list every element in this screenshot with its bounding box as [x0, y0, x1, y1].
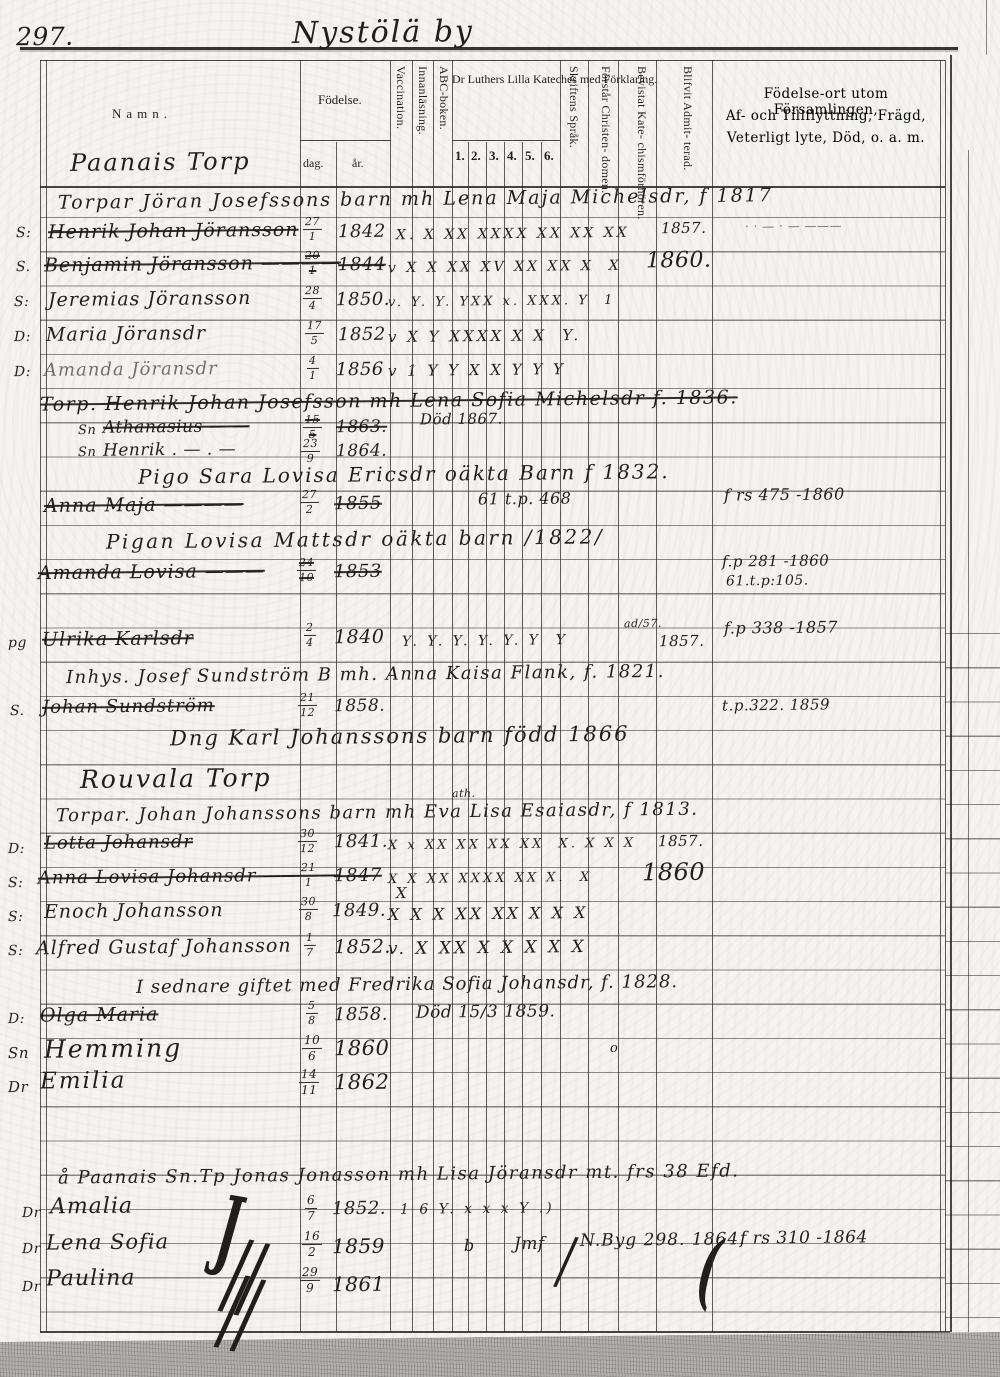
handwritten-entry: 1857.	[659, 634, 705, 649]
handwritten-entry: Johan Sundström	[42, 697, 215, 717]
grid-vline	[390, 60, 391, 1332]
handwritten-entry: Benjamin Jöransson ————	[44, 253, 341, 275]
handwritten-entry: Ulrika Karlsdr	[42, 629, 194, 650]
handwritten-entry: 17	[304, 932, 316, 958]
handwritten-entry: 1857.	[658, 834, 704, 849]
handwritten-entry: 239	[301, 438, 320, 464]
handwritten-entry: 1852.	[334, 938, 391, 958]
handwritten-entry: 1856	[336, 361, 384, 379]
handwritten-entry: 61.t.p:105.	[726, 574, 809, 589]
handwritten-entry: Emilia	[40, 1070, 127, 1094]
handwritten-entry: 106	[302, 1034, 323, 1062]
handwritten-entry: X X XX XXXX XX X. X	[388, 871, 592, 886]
handwritten-entry: I sednare giftet med Fredrika Sofia Joha…	[136, 973, 678, 997]
handwritten-entry: 211	[299, 862, 318, 888]
handwritten-entry: 24	[304, 622, 316, 648]
handwritten-entry: Amalia	[50, 1196, 133, 1219]
handwritten-entry: 1850.	[336, 291, 390, 310]
handwritten-entry: Lotta Johansdr	[44, 833, 193, 853]
grid-vline	[452, 60, 453, 1332]
handwritten-entry: Torp. Henrik Johan Josefsson mh Lena Sof…	[40, 388, 738, 414]
page-title: Nystölä by	[292, 17, 474, 49]
handwritten-entry: Hemming	[44, 1035, 182, 1061]
handwritten-entry: v 1 Y Y X X Y Y Y	[388, 362, 566, 379]
section-heading: Rouvala Torp	[80, 765, 272, 792]
handwritten-entry: v X Y XXXX X X Y.	[388, 328, 581, 345]
handwritten-entry: f rs 310 -1864	[740, 1229, 868, 1247]
grid-vline	[336, 142, 337, 1332]
handwritten-entry: Dr	[8, 1080, 28, 1095]
grid-vline	[40, 60, 41, 1332]
grid-vline	[46, 60, 47, 1332]
grid-vline	[522, 142, 523, 1332]
handwritten-entry: S.	[10, 704, 25, 718]
handwritten-entry: Dr	[22, 1206, 41, 1220]
handwritten-entry: S:	[8, 876, 23, 890]
grid-vline	[560, 60, 561, 1332]
handwritten-entry: v. Y. Y. YXX x. XXX. Y 1	[388, 294, 616, 309]
handwritten-entry: X x XX XX XX XX X. X X X	[388, 837, 636, 853]
handwritten-entry: Torpar Jöran Josefssons barn mh Lena Maj…	[58, 186, 773, 212]
handwritten-entry: 1858.	[334, 698, 385, 716]
handwritten-entry: t.p.322. 1859	[722, 697, 830, 713]
handwritten-entry: 1860	[642, 860, 705, 885]
handwritten-entry: Dr	[22, 1280, 41, 1294]
handwritten-entry: 1857.	[661, 221, 707, 236]
handwritten-entry: 201	[303, 250, 322, 276]
handwritten-entry: Sn	[8, 1046, 29, 1061]
grid-vline	[504, 142, 505, 1332]
handwritten-entry: 1852	[338, 326, 386, 344]
handwritten-entry: 61 t.p. 468	[478, 491, 572, 508]
handwritten-entry: Sn	[78, 446, 96, 459]
handwritten-entry: Paulina	[46, 1268, 136, 1291]
handwritten-entry: 1847	[334, 867, 382, 885]
handwritten-entry: 1863.	[336, 419, 387, 437]
handwritten-entry: Alfred Gustaf Johansson	[36, 937, 292, 959]
handwritten-entry: f.p 281 -1860	[722, 553, 829, 569]
handwritten-entry: 1860	[334, 1038, 390, 1060]
handwritten-entry: pg	[8, 636, 27, 650]
handwritten-entry: 284	[303, 285, 322, 311]
handwritten-entry: S.	[16, 260, 31, 274]
handwritten-entry: Lena Sofia	[46, 1231, 169, 1253]
grid-vline	[940, 60, 941, 1332]
handwritten-entry: Sn	[78, 424, 96, 437]
handwritten-entry: f.p 338 -1857	[724, 619, 838, 636]
handwritten-entry: b	[464, 1238, 475, 1254]
handwritten-entry: Enoch Johansson	[44, 901, 224, 922]
handwritten-entry: 308	[299, 896, 318, 922]
handwritten-entry: 1855	[334, 495, 382, 513]
grid-vline	[945, 60, 946, 1332]
handwritten-entry: D:	[8, 1012, 25, 1026]
grid-vline	[412, 60, 413, 1332]
handwritten-entry: Pigo Sara Lovisa Ericsdr oäkta Barn f 18…	[138, 461, 670, 487]
handwritten-entry: 1853	[334, 563, 382, 581]
handwritten-entry: 1849.	[332, 902, 386, 921]
handwritten-entry: Athanasius — —	[103, 418, 250, 437]
handwritten-entry: Anna Maja ————	[44, 495, 244, 516]
handwritten-entry: X X X XX XX X X X	[388, 905, 589, 923]
handwritten-entry: 1 6 Y. x x x Y .)	[400, 1201, 555, 1217]
handwritten-entry: Amanda Jöransdr	[44, 360, 218, 380]
handwritten-entry: Pigan Lovisa Mattsdr oäkta barn /1822/	[106, 526, 604, 551]
grid-vline	[486, 142, 487, 1332]
handwritten-entry: 58	[306, 1000, 318, 1026]
handwritten-entry: 1844	[338, 256, 386, 274]
handwritten-entry: 1840	[334, 628, 385, 648]
handwritten-entry: X. X XX XXXX XX XX XX	[396, 226, 630, 242]
handwritten-entry: Torpar. Johan Johanssons barn mh Eva Lis…	[56, 801, 699, 826]
handwritten-entry: 1862	[334, 1072, 390, 1094]
handwritten-entry: ath.	[452, 788, 476, 799]
grid-vline	[433, 60, 434, 1332]
grid-vline	[541, 142, 542, 1332]
handwritten-entry: 1861	[332, 1274, 385, 1295]
handwritten-entry: å Paanais Sn.Tp Jonas Jonasson mh Lisa J…	[58, 1162, 740, 1187]
handwritten-entry: D:	[8, 842, 25, 856]
handwritten-entry: 1864.	[336, 443, 387, 461]
handwritten-entry: Jeremias Jöransson	[48, 289, 251, 310]
handwritten-entry: Inhys. Josef Sundström B mh. Anna Kaisa …	[66, 663, 665, 687]
handwritten-entry: · · — · — ———	[745, 219, 842, 232]
handwritten-entry: 1842	[338, 223, 386, 241]
handwritten-entry: Anna Lovisa Johansdr ————	[38, 866, 339, 887]
handwritten-entry: X	[396, 886, 410, 901]
document-page: Namn. Födelse. dag. år. Vaccination. Inn…	[0, 0, 1000, 1377]
grid-vline	[588, 60, 589, 1332]
handwritten-entry: 41	[307, 355, 319, 381]
handwritten-entry: 272	[300, 489, 319, 515]
handwritten-entry: Amanda Lovisa ———	[38, 562, 265, 583]
handwritten-entry: D:	[14, 365, 31, 379]
handwritten-entry: Henrik . — . —	[103, 441, 236, 459]
handwritten-entry: D:	[14, 330, 31, 344]
handwritten-entry: 1858.	[334, 1006, 388, 1025]
handwritten-entry: Olga Maria	[40, 1005, 159, 1025]
handwritten-entry: Maria Jöransdr	[46, 324, 206, 345]
grid-vline	[712, 60, 713, 1332]
handwritten-entry: 299	[300, 1266, 321, 1294]
handwritten-entry: 1859	[332, 1236, 385, 1257]
handwritten-entry: S:	[8, 944, 23, 958]
handwritten-entry: S:	[8, 910, 23, 924]
grid-vline	[656, 60, 657, 1332]
grid-vline	[618, 60, 619, 1332]
handwritten-entry: S:	[14, 295, 29, 309]
grid-vline	[300, 60, 301, 1332]
handwritten-entry: 1841.	[334, 833, 388, 852]
handwritten-entry: S:	[16, 226, 31, 240]
handwritten-entry: 67	[305, 1194, 317, 1222]
handwritten-entry: 175	[305, 320, 324, 346]
handwritten-entry: 1852.	[332, 1200, 386, 1219]
handwritten-entry: 162	[302, 1230, 323, 1258]
section-heading: Paanais Torp	[70, 149, 251, 175]
page-number: 297.	[16, 24, 74, 50]
handwriting-layer: 297.Nystölä byPaanais TorpTorpar Jöran J…	[0, 0, 1000, 1377]
handwritten-entry: f rs 475 -1860	[724, 486, 845, 503]
handwritten-entry: 271	[303, 216, 322, 242]
handwritten-entry: 1411	[299, 1068, 320, 1096]
handwritten-entry: /	[555, 1228, 578, 1293]
handwritten-entry: Henrik Johan Jöransson	[48, 221, 299, 243]
handwritten-entry: v. X XX X X X X X	[388, 939, 587, 958]
grid-vline	[468, 142, 469, 1332]
handwritten-entry: Dr	[22, 1242, 41, 1256]
